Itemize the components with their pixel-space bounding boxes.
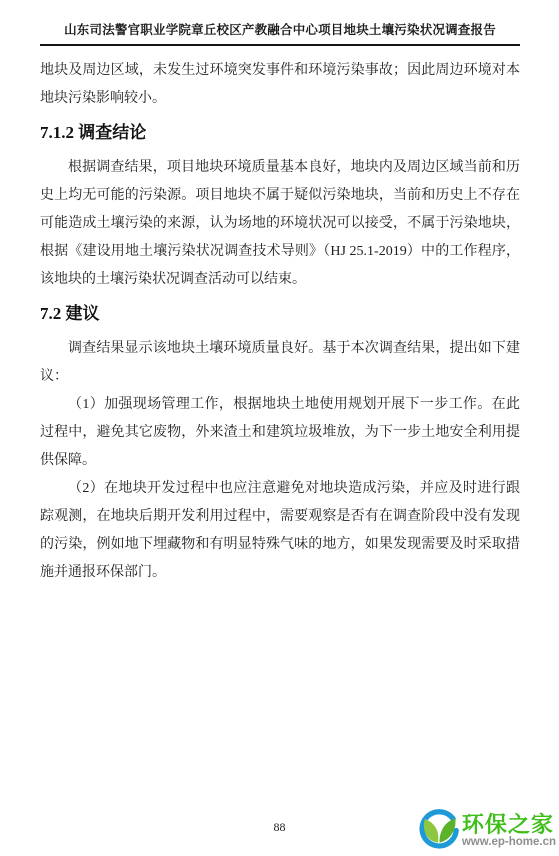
report-header-title: 山东司法警官职业学院章丘校区产教融合中心项目地块土壤污染状况调查报告 <box>40 22 520 44</box>
document-body: 地块及周边区域，未发生过环境突发事件和环境污染事故；因此周边环境对本地块污染影响… <box>40 57 520 587</box>
document-page: 山东司法警官职业学院章丘校区产教融合中心项目地块土壤污染状况调查报告 地块及周边… <box>0 0 559 856</box>
leaf-swirl-logo-icon <box>418 809 460 851</box>
paragraph-conclusion: 根据调查结果，项目地块环境质量基本良好，地块内及周边区域当前和历史上均无可能的污… <box>40 154 520 294</box>
section-heading-712-conclusion: 7.1.2 调查结论 <box>40 121 520 145</box>
watermark-site-name: 环保之家 <box>462 813 556 836</box>
watermark-text-block: 环保之家 www.ep-home.cn <box>462 813 556 848</box>
paragraph-continuation: 地块及周边区域，未发生过环境突发事件和环境污染事故；因此周边环境对本地块污染影响… <box>40 57 520 113</box>
report-header: 山东司法警官职业学院章丘校区产教融合中心项目地块土壤污染状况调查报告 <box>40 0 520 46</box>
paragraph-suggestion-1: （1）加强现场管理工作，根据地块土地使用规划开展下一步工作。在此过程中，避免其它… <box>40 391 520 475</box>
header-rule-divider <box>40 44 520 46</box>
watermark-logo: 环保之家 www.ep-home.cn <box>418 809 556 851</box>
paragraph-suggestions-intro: 调查结果显示该地块土壤环境质量良好。基于本次调查结果，提出如下建议： <box>40 335 520 391</box>
section-heading-72-suggestions: 7.2 建议 <box>40 302 520 326</box>
watermark-site-url: www.ep-home.cn <box>462 836 556 848</box>
paragraph-suggestion-2: （2）在地块开发过程中也应注意避免对地块造成污染，并应及时进行跟踪观测，在地块后… <box>40 475 520 587</box>
